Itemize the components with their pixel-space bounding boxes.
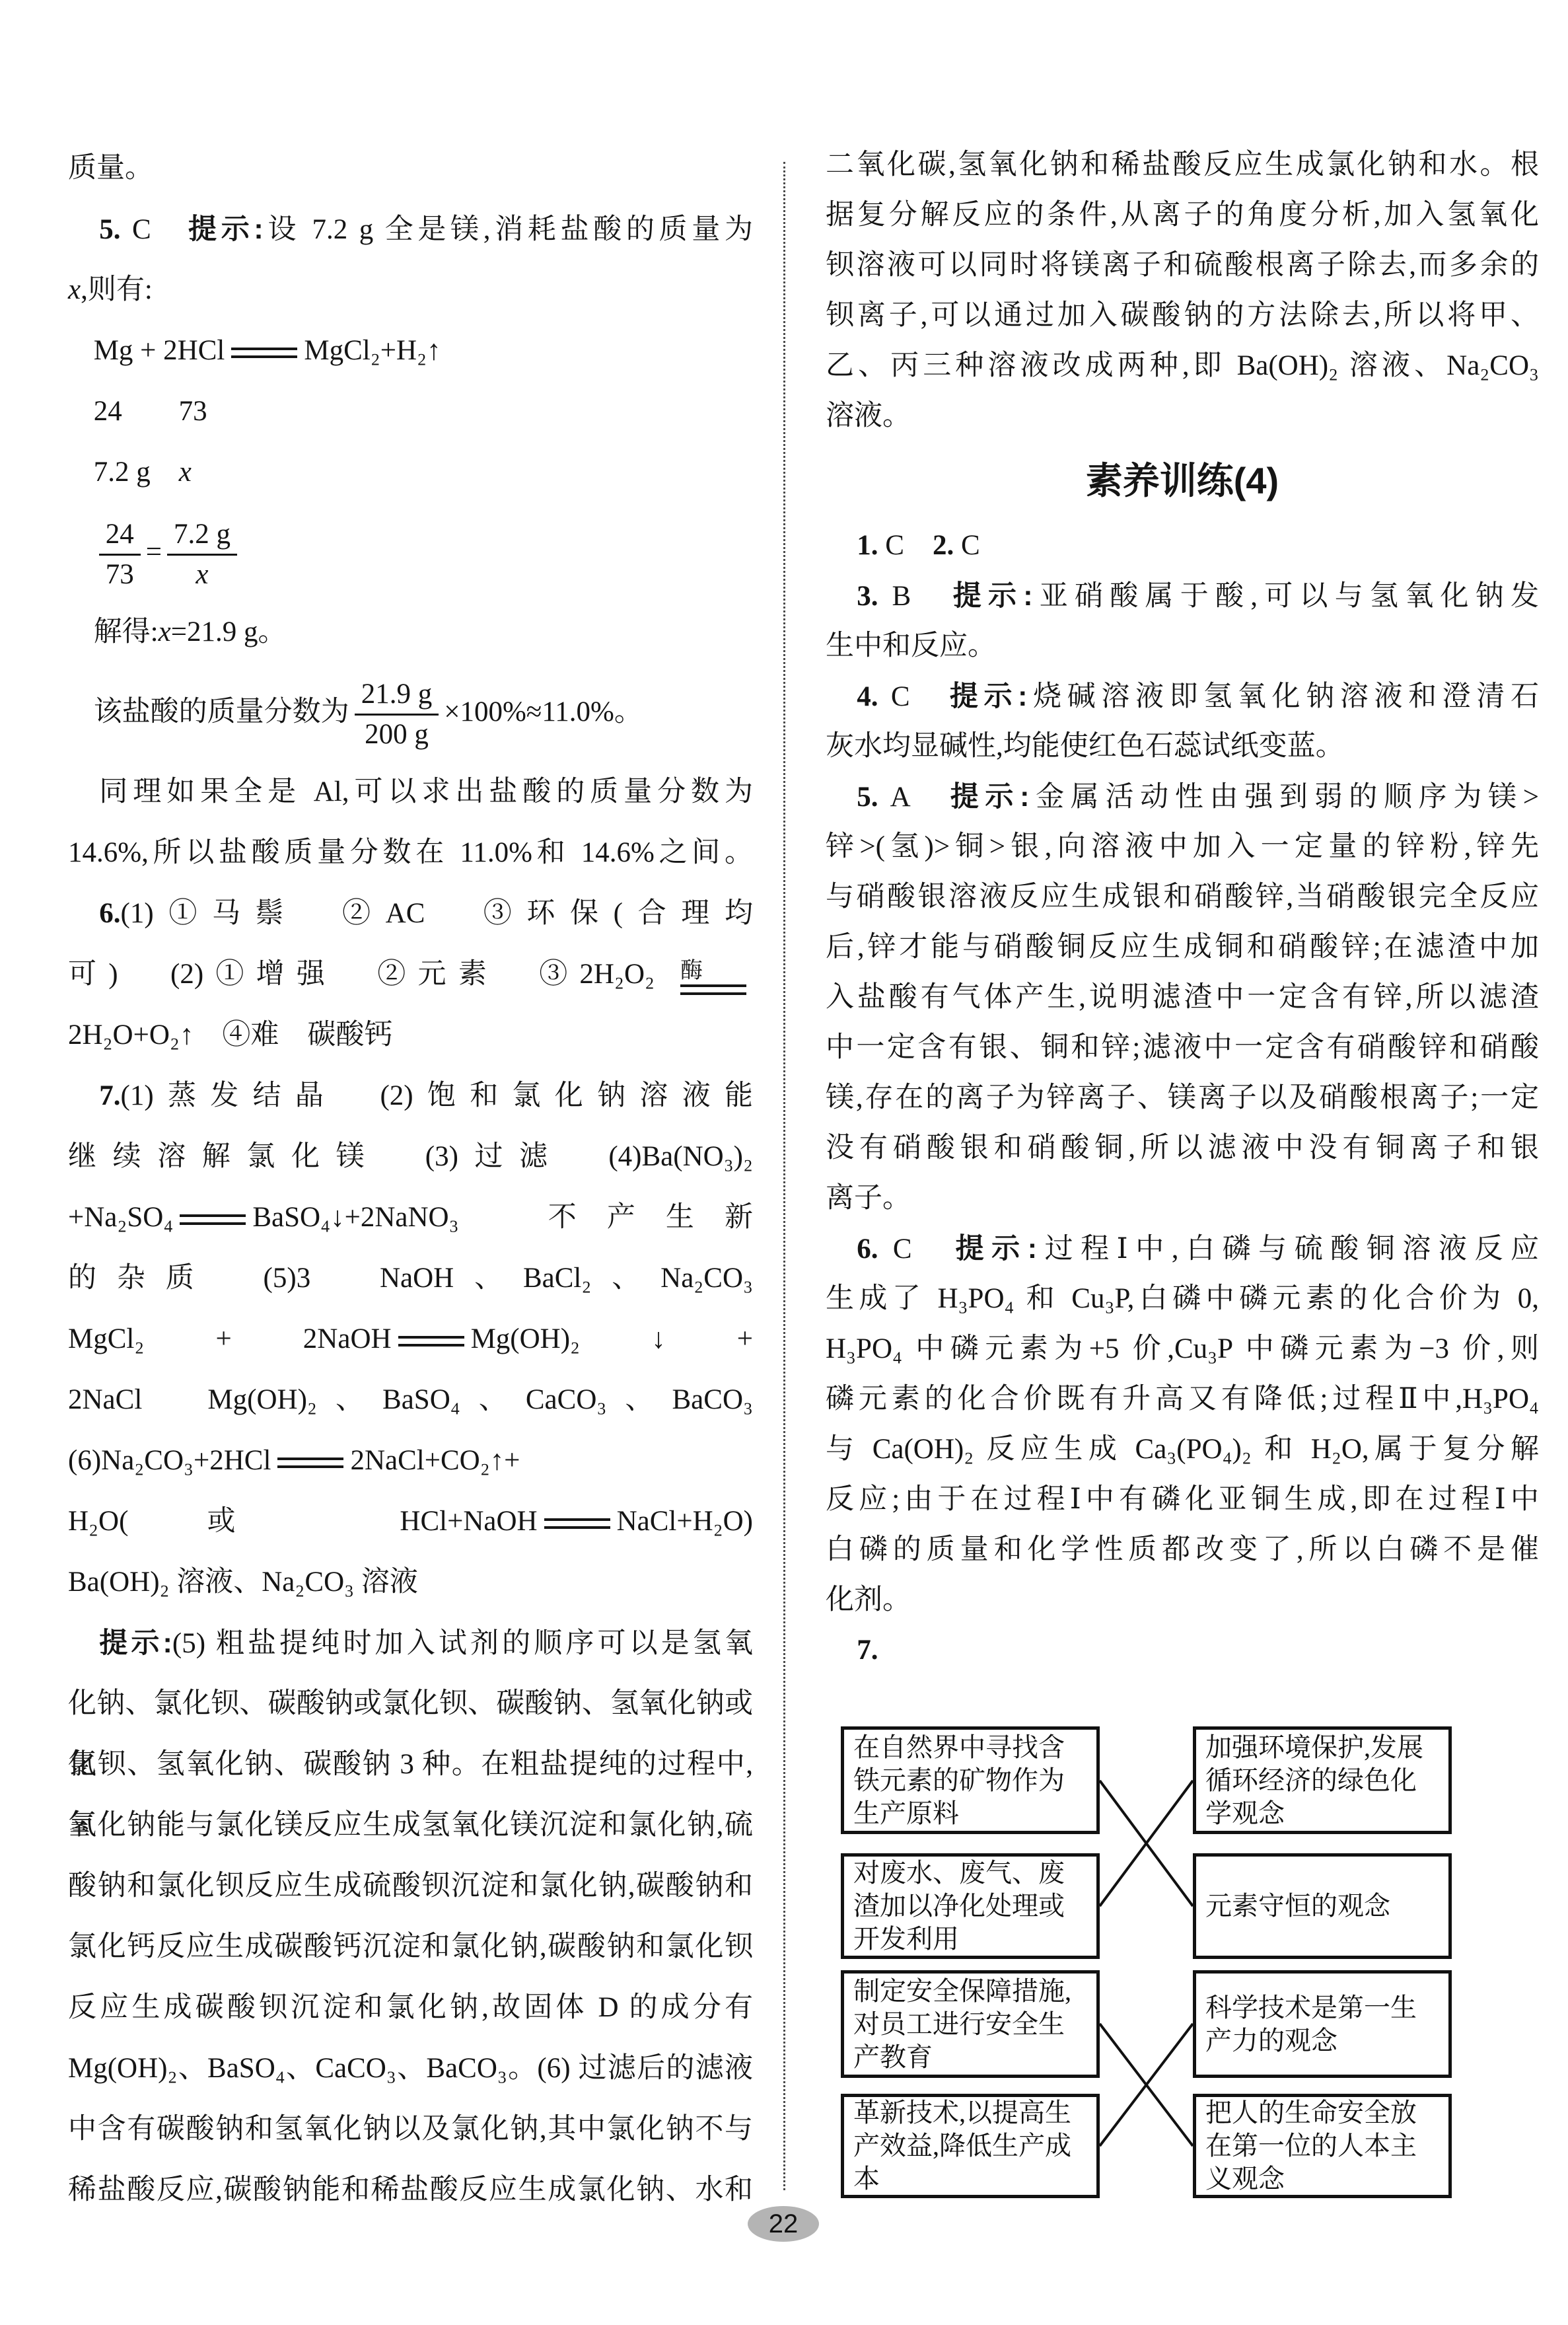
text-run: 反应生成碳酸钡沉淀和氯化钠,故固体 D 的成分有 bbox=[68, 1992, 753, 2023]
text-run: B bbox=[878, 581, 953, 612]
text-run: 氯化钙反应生成碳酸钙沉淀和氯化钠,碳酸钠和氯化钡 bbox=[68, 1931, 753, 1962]
text-line: 5. A 提示:金属活动性由强到弱的顺序为镁> bbox=[826, 772, 1539, 822]
text-line: 7.2 g x bbox=[68, 442, 753, 503]
text-line: 灰水均显碱性,均能使红色石蕊试纸变蓝。 bbox=[826, 721, 1539, 772]
double-line bbox=[544, 1518, 610, 1529]
text-line: 的杂质 (5)3 NaOH、BaCl₂、Na₂CO₃ bbox=[68, 1248, 753, 1309]
text-run: 继续溶解氯化镁 (3)过滤 (4)Ba(NO₃)₂ bbox=[68, 1141, 753, 1172]
text-run: 亚硝酸属于酸,可以与氢氧化钠发 bbox=[1033, 581, 1539, 612]
text-line: 氧化钠能与氯化镁反应生成氢氧化镁沉淀和氯化钠,硫 bbox=[68, 1795, 753, 1856]
text-run: 磷元素的化合价既有升高又有降低;过程Ⅱ中,H₃PO₄ bbox=[826, 1384, 1539, 1415]
text-line: 化剂。 bbox=[826, 1575, 1539, 1625]
text-line: 二氧化碳,氢氧化钠和稀盐酸反应生成氯化钠和水。根 bbox=[826, 140, 1539, 190]
text-run: 酸钠和氯化钡反应生成硫酸钡沉淀和氯化钠,碳酸钠和 bbox=[68, 1870, 753, 1901]
text-run: 该盐酸的质量分数为 bbox=[94, 696, 349, 727]
text-line: 中一定含有银、铜和锌;滤液中一定含有硝酸锌和硝酸 bbox=[826, 1023, 1539, 1073]
text-run: 生成了 H₃PO₄ 和 Cu₃P,白磷中磷元素的化合价为 0, bbox=[826, 1283, 1539, 1314]
text-run: (1)①马鬃 ②AC ③环保(合理均 bbox=[121, 898, 753, 929]
text-run: 7. bbox=[99, 1080, 120, 1111]
diagram-box-left-3: 制定安全保障措施,对员工进行安全生产教育 bbox=[841, 1970, 1100, 2078]
text-line: 1. C 2. C bbox=[826, 521, 1539, 571]
text-line: (6)Na₂CO₃+2HCl2NaCl+CO₂↑+ bbox=[68, 1430, 753, 1491]
text-run: 据复分解反应的条件,从离子的角度分析,加入氢氧化 bbox=[826, 200, 1539, 231]
text-line: 磷元素的化合价既有升高又有降低;过程Ⅱ中,H₃PO₄ bbox=[826, 1374, 1539, 1424]
text-line: H₃PO₄ 中磷元素为+5 价,Cu₃P 中磷元素为−3 价,则 bbox=[826, 1324, 1539, 1374]
text-run: 化剂。 bbox=[826, 1584, 911, 1615]
text-line: MgCl₂ + 2NaOHMg(OH)₂ ↓ + bbox=[68, 1309, 753, 1370]
text-run: 素养训练(4) bbox=[1086, 460, 1279, 501]
right-column: 二氧化碳,氢氧化钠和稀盐酸反应生成氯化钠和水。根据复分解反应的条件,从离子的角度… bbox=[826, 140, 1539, 1676]
text-line: 稀盐酸反应,碳酸钠能和稀盐酸反应生成氯化钠、水和 bbox=[68, 2160, 753, 2221]
text-run: x bbox=[179, 457, 192, 488]
text-run: 稀盐酸反应,碳酸钠能和稀盐酸反应生成氯化钠、水和 bbox=[68, 2174, 753, 2205]
text-run: 提示: bbox=[953, 580, 1033, 612]
text-run: 金属活动性由强到弱的顺序为镁> bbox=[1029, 782, 1539, 813]
text-line: 乙、丙三种溶液改成两种,即 Ba(OH)₂ 溶液、Na₂CO₃ bbox=[826, 341, 1539, 391]
text-run: 钡离子,可以通过加入碳酸钠的方法除去,所以将甲、 bbox=[826, 300, 1539, 331]
diagram-box-right-2: 元素守恒的观念 bbox=[1193, 1853, 1452, 1959]
text-run: A bbox=[878, 782, 950, 813]
text-line: 与硝酸银溶液反应生成银和硝酸锌,当硝酸银完全反应 bbox=[826, 872, 1539, 922]
text-line: 据复分解反应的条件,从离子的角度分析,加入氢氧化 bbox=[826, 190, 1539, 240]
text-line: 2H₂O+O₂↑ ④难 碳酸钙 bbox=[68, 1005, 753, 1066]
text-run: 中一定含有银、铜和锌;滤液中一定含有硝酸锌和硝酸 bbox=[826, 1032, 1539, 1063]
text-line: H₂O(或 HCl+NaOHNaCl+H₂O) bbox=[68, 1491, 753, 1552]
text-line: 酸钠和氯化钡反应生成硫酸钡沉淀和氯化钠,碳酸钠和 bbox=[68, 1856, 753, 1917]
catalyst-label: 酶 bbox=[680, 958, 746, 984]
text-run: 离子。 bbox=[826, 1183, 911, 1214]
text-run: 1. bbox=[857, 530, 878, 561]
text-run: +Na₂SO₄ bbox=[68, 1202, 173, 1233]
text-run: 3. bbox=[857, 581, 878, 612]
text-line: 3. B 提示:亚硝酸属于酸,可以与氢氧化钠发 bbox=[826, 571, 1539, 621]
column-divider bbox=[783, 162, 785, 2190]
diagram-box-right-1: 加强环境保护,发展循环经济的绿色化学观念 bbox=[1193, 1726, 1452, 1834]
text-run: 提示: bbox=[950, 681, 1028, 712]
text-run: 提示: bbox=[950, 781, 1030, 813]
text-line: 提示:(5) 粗盐提纯时加入试剂的顺序可以是氢氧 bbox=[68, 1613, 753, 1674]
text-run: x bbox=[68, 274, 81, 305]
text-run: 6. bbox=[857, 1234, 878, 1265]
text-line: Mg(OH)₂、BaSO₄、CaCO₃、BaCO₃。(6) 过滤后的滤液 bbox=[68, 2038, 753, 2099]
text-run: 灰水均显碱性,均能使红色石蕊试纸变蓝。 bbox=[826, 731, 1344, 762]
answer-page: 质量。5. C 提示:设 7.2 g 全是镁,消耗盐酸的质量为x,则有:Mg +… bbox=[0, 0, 1568, 2325]
text-run: 质量。 bbox=[68, 153, 153, 184]
text-run: 锌>(氢)>铜>银,向溶液中加入一定量的锌粉,锌先 bbox=[826, 831, 1539, 862]
text-line: 素养训练(4) bbox=[826, 441, 1539, 521]
equals-double-bond: 酶 bbox=[680, 958, 746, 995]
text-run: 烧碱溶液即氢氧化钠溶液和澄清石 bbox=[1027, 681, 1539, 712]
text-run: 过程Ⅰ中,白磷与硫酸铜溶液反应 bbox=[1037, 1234, 1539, 1265]
text-line: 2473=7.2 gx bbox=[68, 503, 753, 602]
text-run: 反应;由于在过程Ⅰ中有磷化亚铜生成,即在过程Ⅰ中 bbox=[826, 1484, 1539, 1515]
double-line bbox=[277, 1458, 343, 1468]
fraction: 7.2 gx bbox=[167, 518, 237, 591]
text-run: Mg + 2HCl bbox=[94, 335, 225, 366]
text-line: +Na₂SO₄BaSO₄↓+2NaNO₃ 不产生新 bbox=[68, 1187, 753, 1248]
text-run: Ba(OH)₂ 溶液、Na₂CO₃ 溶液 bbox=[68, 1567, 418, 1598]
text-run: 2NaCl+CO₂↑+ bbox=[350, 1445, 520, 1476]
text-run: (1)蒸发结晶 (2)饱和氯化钠溶液能 bbox=[121, 1080, 753, 1111]
text-run: 提示: bbox=[956, 1233, 1037, 1265]
text-run: C bbox=[878, 530, 933, 561]
text-run: 乙、丙三种溶液改成两种,即 Ba(OH)₂ 溶液、Na₂CO₃ bbox=[826, 350, 1539, 381]
text-line: 5. C 提示:设 7.2 g 全是镁,消耗盐酸的质量为 bbox=[68, 199, 753, 260]
left-column: 质量。5. C 提示:设 7.2 g 全是镁,消耗盐酸的质量为x,则有:Mg +… bbox=[68, 138, 753, 2221]
text-line: x,则有: bbox=[68, 260, 753, 320]
double-line bbox=[398, 1336, 464, 1347]
text-line: 4. C 提示:烧碱溶液即氢氧化钠溶液和澄清石 bbox=[826, 671, 1539, 721]
text-line: 镁,存在的离子为锌离子、镁离子以及硝酸根离子;一定 bbox=[826, 1073, 1539, 1123]
text-run: MgCl₂ + 2NaOH bbox=[68, 1323, 392, 1354]
text-run: C bbox=[121, 214, 189, 245]
text-run: 与 Ca(OH)₂ 反应生成 Ca₃(PO₄)₂ 和 H₂O,属于复分解 bbox=[826, 1434, 1539, 1465]
text-run: 7.2 g bbox=[94, 457, 179, 488]
matching-diagram: 在自然界中寻找含铁元素的矿物作为生产原料 对废水、废气、废渣加以净化处理或开发利… bbox=[826, 1718, 1539, 2207]
page-number-badge: 22 bbox=[748, 2206, 819, 2242]
fraction: 21.9 g200 g bbox=[355, 678, 439, 751]
text-line: 24 73 bbox=[68, 381, 753, 442]
text-run: NaCl+H₂O) bbox=[617, 1506, 753, 1537]
text-run: 镁,存在的离子为锌离子、镁离子以及硝酸根离子;一定 bbox=[826, 1082, 1539, 1113]
text-run: = bbox=[146, 536, 162, 568]
text-run: 与硝酸银溶液反应生成银和硝酸锌,当硝酸银完全反应 bbox=[826, 881, 1539, 912]
text-run: (5) 粗盐提纯时加入试剂的顺序可以是氢氧 bbox=[172, 1628, 753, 1659]
text-run: 入盐酸有气体产生,说明滤渣中一定含有锌,所以滤渣 bbox=[826, 982, 1539, 1013]
text-run: 5. bbox=[99, 214, 120, 245]
text-run: ×100%≈11.0%。 bbox=[444, 696, 643, 727]
text-line: 反应;由于在过程Ⅰ中有磷化亚铜生成,即在过程Ⅰ中 bbox=[826, 1475, 1539, 1525]
diagram-box-left-1: 在自然界中寻找含铁元素的矿物作为生产原料 bbox=[841, 1726, 1100, 1834]
text-run: 二氧化碳,氢氧化钠和稀盐酸反应生成氯化钠和水。根 bbox=[826, 149, 1539, 180]
equals-double-bond bbox=[398, 1336, 464, 1347]
text-run: 没有硝酸银和硝酸铜,所以滤液中没有铜离子和银 bbox=[826, 1132, 1539, 1163]
text-run: C bbox=[878, 681, 950, 712]
diagram-box-right-3: 科学技术是第一生产力的观念 bbox=[1193, 1970, 1452, 2078]
text-line: 中含有碳酸钠和氢氧化钠以及氯化钠,其中氯化钠不与 bbox=[68, 2099, 753, 2160]
text-run: Mg(OH)₂ ↓ + bbox=[471, 1323, 753, 1354]
text-line: Mg + 2HClMgCl₂+H₂↑ bbox=[68, 320, 753, 381]
text-line: 溶液。 bbox=[826, 391, 1539, 441]
fraction: 2473 bbox=[99, 518, 141, 591]
equals-double-bond bbox=[544, 1518, 610, 1529]
text-line: 入盐酸有气体产生,说明滤渣中一定含有锌,所以滤渣 bbox=[826, 973, 1539, 1023]
text-run: 4. bbox=[857, 681, 878, 712]
text-line: 生中和反应。 bbox=[826, 621, 1539, 671]
text-line: 质量。 bbox=[68, 138, 753, 199]
text-line: 同理如果全是 Al,可以求出盐酸的质量分数为 bbox=[68, 762, 753, 823]
text-line: 反应生成碳酸钡沉淀和氯化钠,故固体 D 的成分有 bbox=[68, 1977, 753, 2038]
text-run: 钡溶液可以同时将镁离子和硫酸根离子除去,而多余的 bbox=[826, 250, 1539, 281]
text-run: 2NaCl Mg(OH)₂、BaSO₄、CaCO₃、BaCO₃ bbox=[68, 1384, 753, 1415]
text-line: 钡溶液可以同时将镁离子和硫酸根离子除去,而多余的 bbox=[826, 240, 1539, 291]
text-line: 解得:x=21.9 g。 bbox=[68, 602, 753, 663]
text-run: =21.9 g。 bbox=[171, 616, 287, 647]
text-line: 白磷的质量和化学性质都改变了,所以白磷不是催 bbox=[826, 1525, 1539, 1575]
double-line bbox=[680, 984, 746, 995]
text-line: 没有硝酸银和硝酸铜,所以滤液中没有铜离子和银 bbox=[826, 1123, 1539, 1173]
text-line: 继续溶解氯化镁 (3)过滤 (4)Ba(NO₃)₂ bbox=[68, 1126, 753, 1187]
text-line: 化钡、氢氧化钠、碳酸钠 3 种。在粗盐提纯的过程中,氢 bbox=[68, 1734, 753, 1795]
text-line: 与 Ca(OH)₂ 反应生成 Ca₃(PO₄)₂ 和 H₂O,属于复分解 bbox=[826, 1424, 1539, 1475]
text-run: 可) (2)①增强 ②元素 ③2H₂O₂ bbox=[68, 959, 674, 990]
text-run: 14.6%,所以盐酸质量分数在 11.0%和 14.6%之间。 bbox=[68, 837, 753, 868]
text-run: 氧化钠能与氯化镁反应生成氢氧化镁沉淀和氯化钠,硫 bbox=[68, 1810, 753, 1841]
equals-double-bond bbox=[231, 348, 297, 358]
text-line: 生成了 H₃PO₄ 和 Cu₃P,白磷中磷元素的化合价为 0, bbox=[826, 1274, 1539, 1324]
double-line bbox=[231, 348, 297, 358]
text-line: 化钠、氯化钡、碳酸钠或氯化钡、碳酸钠、氢氧化钠或氯 bbox=[68, 1674, 753, 1734]
text-run: 白磷的质量和化学性质都改变了,所以白磷不是催 bbox=[826, 1534, 1539, 1565]
text-line: 2NaCl Mg(OH)₂、BaSO₄、CaCO₃、BaCO₃ bbox=[68, 1370, 753, 1430]
text-line: 14.6%,所以盐酸质量分数在 11.0%和 14.6%之间。 bbox=[68, 823, 753, 883]
text-run: C bbox=[954, 530, 980, 561]
text-line: 氯化钙反应生成碳酸钙沉淀和氯化钠,碳酸钠和氯化钡 bbox=[68, 1917, 753, 1977]
text-run: C bbox=[878, 1234, 956, 1265]
diagram-box-left-4: 革新技术,以提高生产效益,降低生产成本 bbox=[841, 2094, 1100, 2198]
text-line: 该盐酸的质量分数为21.9 g200 g×100%≈11.0%。 bbox=[68, 663, 753, 762]
text-line: 可) (2)①增强 ②元素 ③2H₂O₂ 酶 bbox=[68, 944, 753, 1005]
text-run: (6)Na₂CO₃+2HCl bbox=[68, 1445, 271, 1476]
text-run: 7. bbox=[857, 1635, 878, 1666]
text-run: 中含有碳酸钠和氢氧化钠以及氯化钠,其中氯化钠不与 bbox=[68, 2114, 753, 2145]
text-run: 提示: bbox=[188, 213, 264, 245]
text-line: 6. C 提示:过程Ⅰ中,白磷与硫酸铜溶液反应 bbox=[826, 1224, 1539, 1274]
text-run: H₃PO₄ 中磷元素为+5 价,Cu₃P 中磷元素为−3 价,则 bbox=[826, 1333, 1539, 1364]
text-run: H₂O(或 HCl+NaOH bbox=[68, 1506, 538, 1537]
diagram-box-right-4: 把人的生命安全放在第一位的人本主义观念 bbox=[1193, 2094, 1452, 2198]
text-run: 生中和反应。 bbox=[826, 630, 996, 661]
text-run: 后,锌才能与硝酸铜反应生成铜和硝酸锌;在滤渣中加 bbox=[826, 932, 1539, 963]
text-run: 24 73 bbox=[94, 396, 207, 427]
text-line: Ba(OH)₂ 溶液、Na₂CO₃ 溶液 bbox=[68, 1552, 753, 1613]
text-line: 6.(1)①马鬃 ②AC ③环保(合理均 bbox=[68, 883, 753, 944]
text-run: 提示: bbox=[99, 1627, 172, 1659]
equals-double-bond bbox=[180, 1214, 246, 1225]
diagram-box-left-2: 对废水、废气、废渣加以净化处理或开发利用 bbox=[841, 1853, 1100, 1959]
text-run: x bbox=[159, 616, 171, 647]
double-line bbox=[180, 1214, 246, 1225]
text-line: 7. bbox=[826, 1625, 1539, 1676]
equals-double-bond bbox=[277, 1458, 343, 1468]
text-run: 6. bbox=[99, 898, 120, 929]
text-run: BaSO₄↓+2NaNO₃ 不产生新 bbox=[252, 1202, 753, 1233]
text-run: 的杂质 (5)3 NaOH、BaCl₂、Na₂CO₃ bbox=[68, 1263, 753, 1294]
text-run: MgCl₂+H₂↑ bbox=[304, 335, 441, 366]
text-line: 离子。 bbox=[826, 1173, 1539, 1224]
text-run: 同理如果全是 Al,可以求出盐酸的质量分数为 bbox=[99, 776, 753, 807]
text-run: 解得: bbox=[94, 616, 159, 647]
text-run: 设 7.2 g 全是镁,消耗盐酸的质量为 bbox=[264, 214, 753, 245]
text-line: 锌>(氢)>铜>银,向溶液中加入一定量的锌粉,锌先 bbox=[826, 822, 1539, 872]
text-run: 溶液。 bbox=[826, 400, 911, 431]
text-run: Mg(OH)₂、BaSO₄、CaCO₃、BaCO₃。(6) 过滤后的滤液 bbox=[68, 2053, 753, 2084]
text-run: ,则有: bbox=[81, 274, 153, 305]
text-line: 7.(1)蒸发结晶 (2)饱和氯化钠溶液能 bbox=[68, 1066, 753, 1126]
text-line: 后,锌才能与硝酸铜反应生成铜和硝酸锌;在滤渣中加 bbox=[826, 922, 1539, 973]
text-run: 2H₂O+O₂↑ ④难 碳酸钙 bbox=[68, 1019, 392, 1051]
text-run: 2. bbox=[933, 530, 954, 561]
text-line: 钡离子,可以通过加入碳酸钠的方法除去,所以将甲、 bbox=[826, 291, 1539, 341]
text-run: 5. bbox=[857, 782, 878, 813]
